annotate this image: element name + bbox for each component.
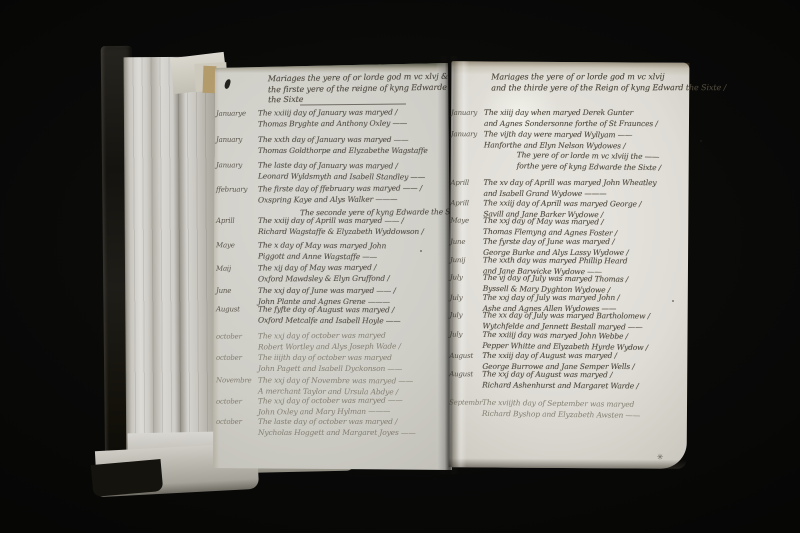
entry-text: The x day of May was maryed JohnPiggott …: [258, 240, 452, 263]
register-entry: MayeThe x day of May was maryed JohnPigg…: [212, 239, 452, 262]
entry-month-label: January: [216, 136, 258, 144]
register-entry: AugustThe fyfte day of August was maryed…: [212, 303, 452, 326]
register-entry: JanuaryThe laste day of January was mary…: [212, 159, 452, 182]
left-page: Mariages the yere of or lorde god m vc x…: [212, 63, 452, 475]
entry-line: John Pagett and Isabell Dyckonson ——: [258, 363, 452, 374]
entry-month-label: August: [216, 305, 258, 313]
dust-speck: [420, 250, 422, 252]
entry-line: Oxford Mawdsley & Elyn Gruffond /: [258, 272, 452, 284]
entry-text: The xviijth day of September was maryedR…: [482, 397, 687, 422]
entry-month-label: october: [216, 332, 258, 340]
entry-text: The xxiij day of Aprill was maryed —— /R…: [258, 215, 452, 237]
entry-line: The iiijth day of october was maryed: [258, 352, 452, 363]
repair-tab: [203, 66, 217, 93]
manuscript-photo: Mariages the yere of or lorde god m vc x…: [0, 0, 800, 533]
register-entry: octoberThe laste day of october was mary…: [212, 416, 452, 438]
register-entry: JanuaryThe xiiij day when maryed Derek G…: [451, 107, 689, 129]
page-stack-edges: [124, 57, 221, 474]
entry-line: Thomas Bryghte and Anthony Oxley ——: [258, 117, 452, 129]
register-entry: The yere of or lorde m vc xlviij the ——f…: [451, 148, 689, 173]
entry-text: The xxj day of october was maryed ——John…: [258, 394, 452, 417]
entry-month-label: Maij: [216, 264, 258, 272]
entry-line: Nycholas Hoggett and Margaret Joyes ——: [258, 427, 452, 438]
pen-asterisk-mark: ✳: [657, 453, 664, 462]
entry-month-label: Januarye: [216, 109, 258, 117]
dust-speck: [672, 300, 674, 302]
gutter-shadow: [437, 56, 459, 474]
entry-text: The yere of or lorde m vc xlviij the ——f…: [517, 149, 689, 173]
register-entry: ffebruaryThe firste day of ffebruary was…: [212, 182, 452, 218]
register-entry: octoberThe xxj day of october was maryed…: [212, 329, 452, 352]
entry-line: The xxj day of July was maryed John /: [483, 292, 688, 303]
entry-text: The firste day of ffebruary was maryed —…: [258, 182, 452, 218]
register-entry: JanuaryeThe xxiiij day of January was ma…: [212, 106, 452, 129]
entry-line: Leonard Wyldsmyth and Isabell Standley —…: [258, 171, 452, 183]
entry-text: The laste day of January was maryed /Leo…: [258, 160, 452, 183]
entry-line: forthe yere of kyng Edwarde the Sixte /: [517, 160, 689, 173]
entry-line: Robert Wortley and Alys Joseph Wade /: [258, 340, 452, 352]
dust-speck: [700, 140, 702, 142]
cover-bottom-corner: [91, 459, 164, 497]
entry-line: Richard Byshop and Elyzabeth Awsten ——: [482, 408, 687, 422]
entry-month-label: october: [216, 418, 258, 426]
entry-line: and Agnes Sondersonne forthe of St Fraun…: [484, 118, 689, 129]
entry-month-label: october: [216, 354, 258, 362]
entry-text: The fyfte day of August was maryed /Oxfo…: [258, 304, 452, 327]
entry-line: Oxford Metcalfe and Isabell Hoyle ——: [258, 315, 452, 327]
register-entry: SeptembrThe xviijth day of September was…: [449, 396, 687, 421]
entry-line: Thomas Goldthorpe and Elyzabethe Wagstaf…: [258, 145, 452, 156]
entry-line: The fyrste day of June was maryed /: [483, 236, 688, 247]
register-entry: AugustThe xxj day of August was maryed /…: [449, 368, 687, 392]
left-page-entries: JanuaryeThe xxiiij day of January was ma…: [212, 63, 452, 475]
entry-text: The xxj day of August was maryed /Richar…: [482, 368, 687, 391]
register-entry: octoberThe iiijth day of october was mar…: [212, 352, 452, 374]
register-entry: AprillThe xxiij day of Aprill was maryed…: [212, 215, 452, 237]
entry-line: The xxiij day of Aprill was maryed —— /: [258, 215, 452, 226]
right-page-entries: JanuaryThe xiiij day when maryed Derek G…: [449, 61, 690, 469]
entry-month-label: Maye: [216, 241, 258, 249]
entry-line: Oxspring Kaye and Alys Walker ———: [258, 193, 452, 205]
entry-text: The xij day of May was maryed /Oxford Ma…: [258, 261, 452, 284]
entry-line: The xv day of Aprill was maryed John Whe…: [484, 177, 689, 188]
entry-line: The laste day of october was maryed /: [258, 416, 452, 427]
entry-line: The xxiij day of August was maryed /: [482, 350, 687, 361]
entry-line: Richard Wagstaffe & Elyzabeth Wyddowson …: [258, 226, 452, 237]
entry-line: The xiiij day when maryed Derek Gunter: [484, 107, 689, 118]
entry-line: The xxth day of January was maryed ——: [258, 134, 452, 145]
entry-text: The iiijth day of october was maryedJohn…: [258, 352, 452, 374]
entry-text: The xxth day of January was maryed ——Tho…: [258, 134, 452, 156]
right-page: Mariages the yere of or lorde god m vc x…: [449, 61, 690, 469]
register-entry: octoberThe xxj day of october was maryed…: [212, 394, 452, 417]
register-entry: AprillThe xv day of Aprill was maryed Jo…: [451, 177, 689, 199]
entry-month-label: october: [216, 397, 258, 405]
entry-month-label: Aprill: [216, 217, 258, 225]
entry-month-label: ffebruary: [216, 185, 258, 193]
entry-month-label: January: [216, 161, 258, 169]
register-entry: MaijThe xij day of May was maryed /Oxfor…: [212, 261, 452, 284]
entry-text: The xiiij day when maryed Derek Gunteran…: [484, 107, 689, 129]
register-entry: JanuaryThe xxth day of January was marye…: [212, 134, 452, 156]
entry-text: The xxiiij day of January was maryed /Th…: [258, 106, 452, 129]
entry-text: The xxj day of october was maryedRobert …: [258, 329, 452, 352]
entry-text: The laste day of october was maryed /Nyc…: [258, 416, 452, 438]
entry-month-label: June: [216, 287, 258, 295]
entry-line: The xxj day of June was maryed —— /: [258, 285, 452, 296]
entry-text: The xv day of Aprill was maryed John Whe…: [484, 177, 689, 199]
entry-line: Richard Ashenhurst and Margaret Warde /: [482, 379, 687, 391]
entry-month-label: Novembre: [216, 376, 258, 384]
